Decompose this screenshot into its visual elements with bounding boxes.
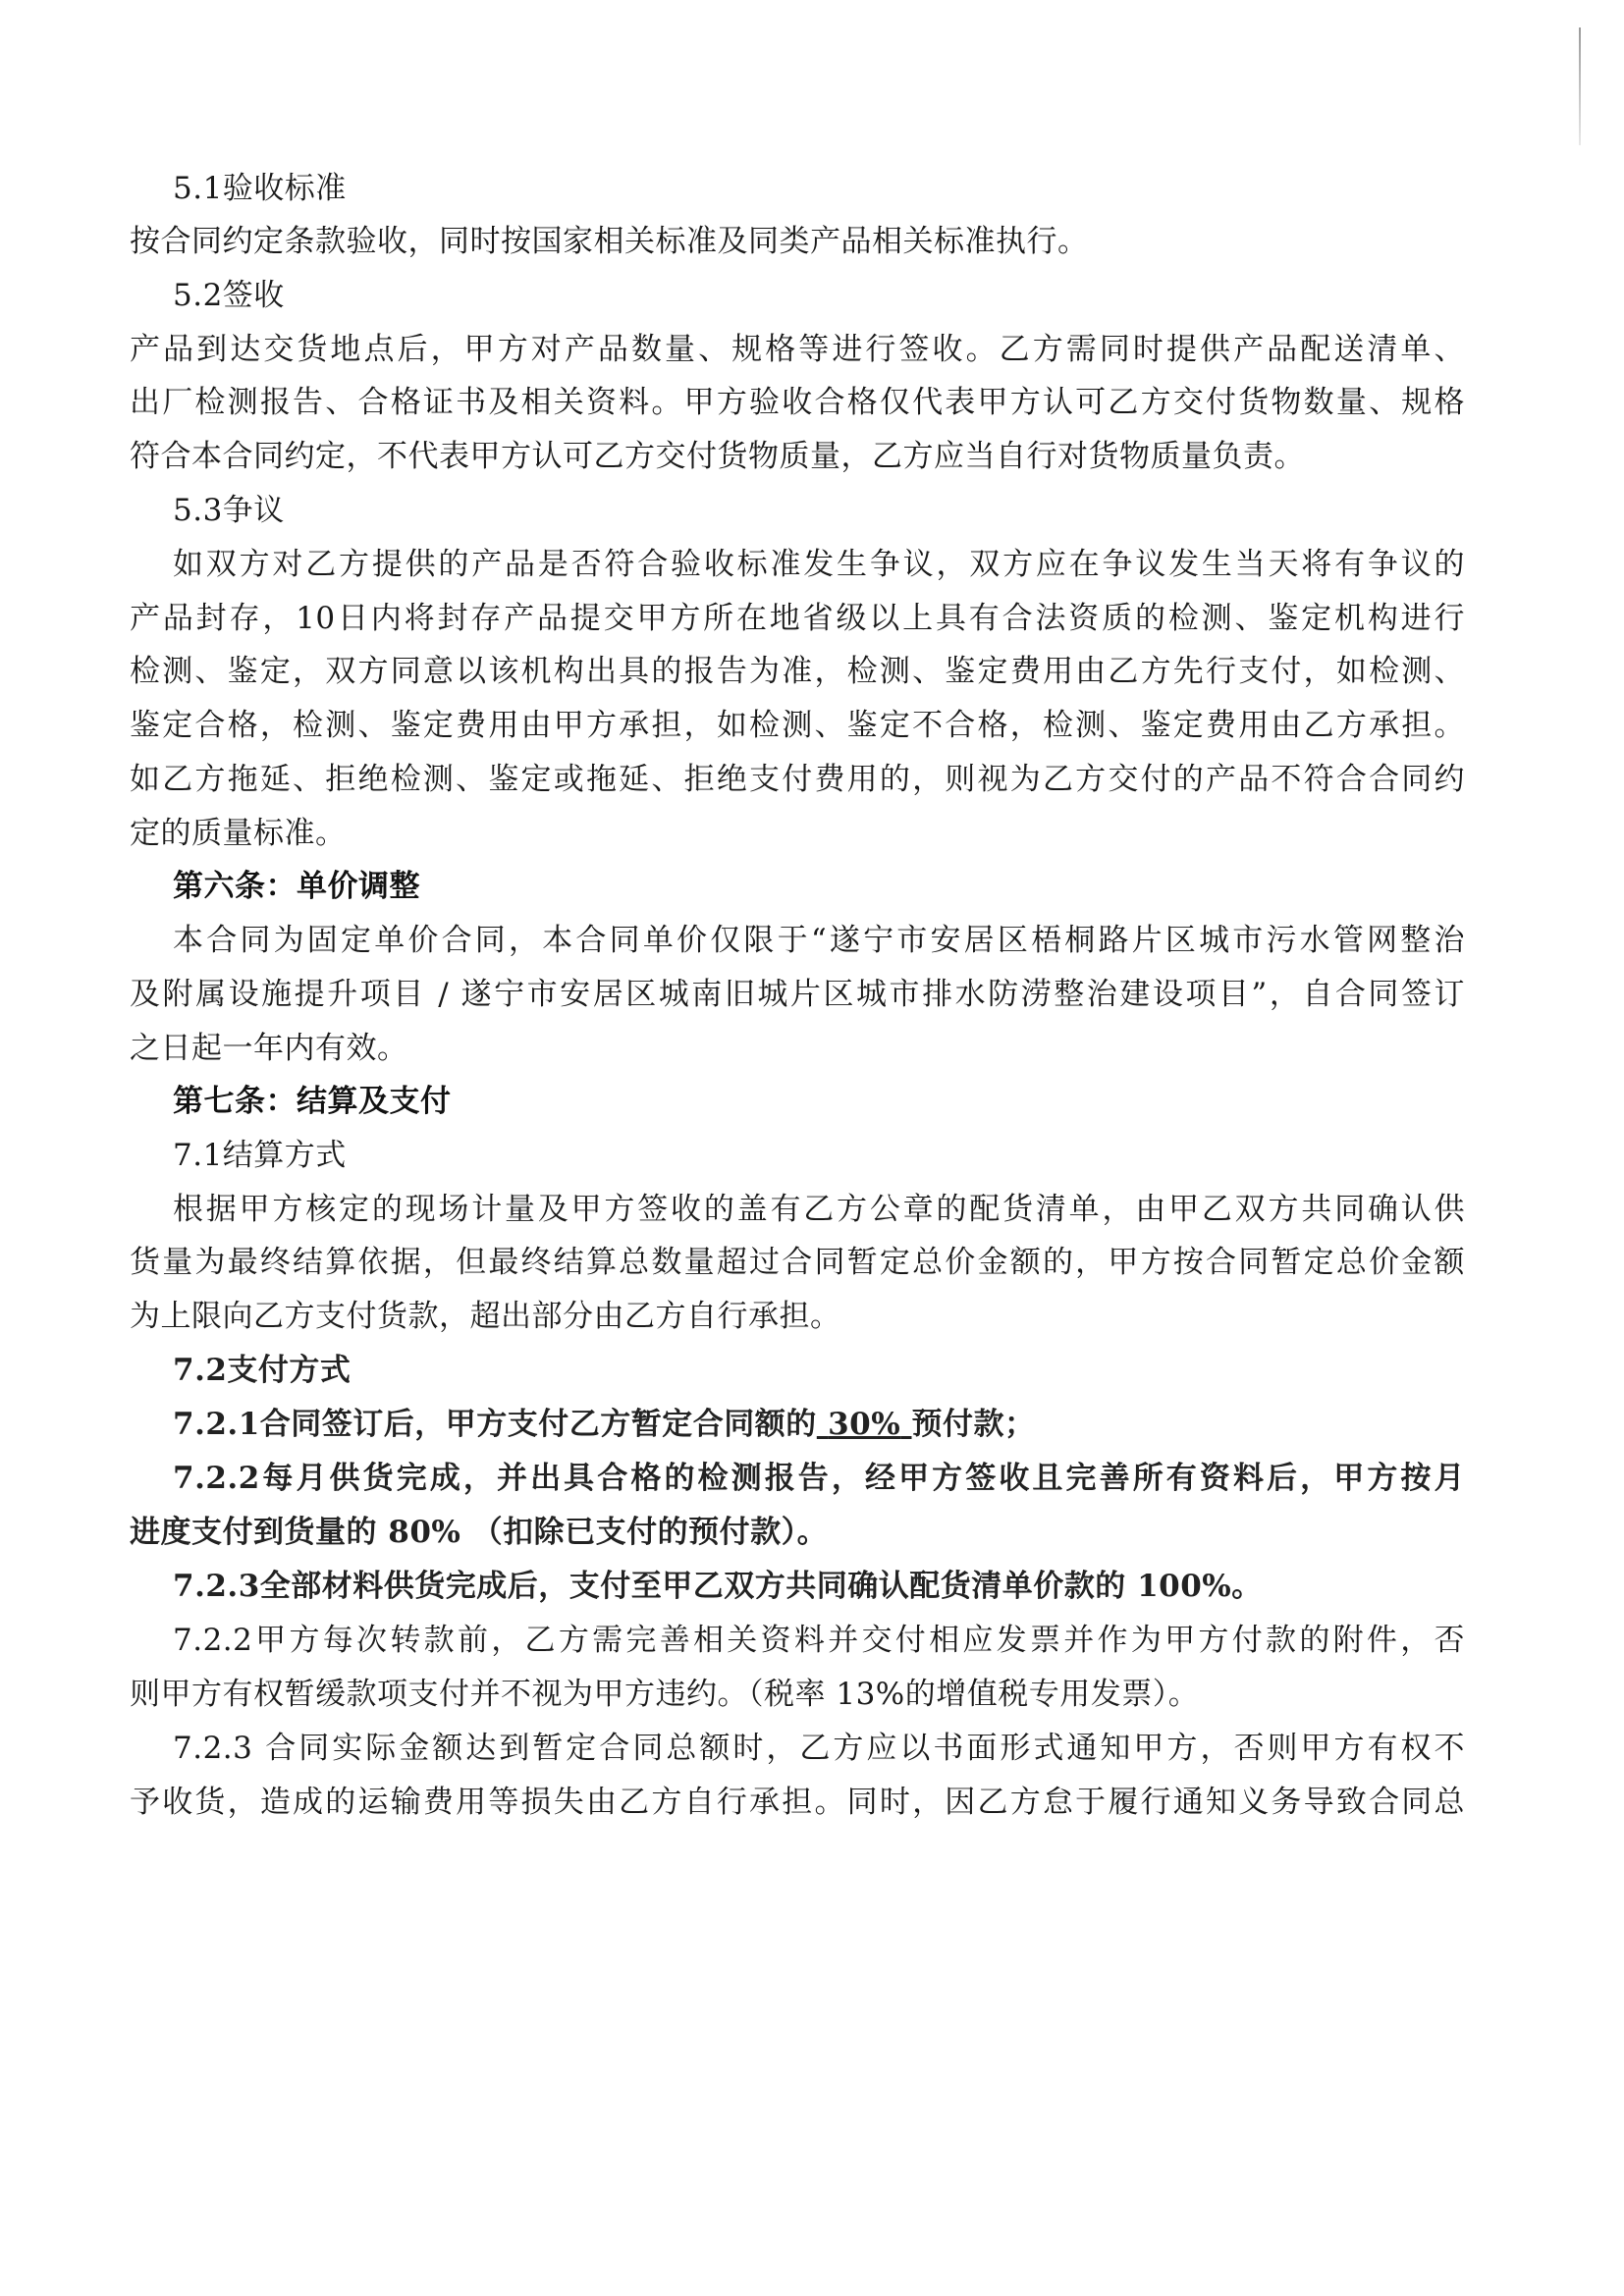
section-5-2-heading: 5.2签收 [173,276,1508,315]
page-edge-line [1579,27,1581,145]
clause-7-2-2a-line-1: 7.2.2每月供货完成，并出具合格的检测报告，经甲方签收且完善所有资料后，甲方按… [173,1459,1465,1498]
section-5-3-text-line-4: 鉴定合格，检测、鉴定费用由甲方承担，如检测、鉴定不合格，检测、鉴定费用由乙方承担… [130,706,1465,745]
section-5-2-text-line-1: 产品到达交货地点后，甲方对产品数量、规格等进行签收。乙方需同时提供产品配送清单、 [130,330,1465,369]
clause-7-2-1-suffix: 预付款； [912,1407,1036,1442]
section-7-2-heading: 7.2支付方式 [173,1351,1508,1390]
clause-7-2-1-prefix: 7.2.1合同签订后，甲方支付乙方暂定合同额的 [173,1407,817,1442]
clause-7-2-1: 7.2.1合同签订后，甲方支付乙方暂定合同额的 30% 预付款； [173,1405,1508,1444]
section-5-2-text-line-3: 符合本合同约定，不代表甲方认可乙方交付货物质量，乙方应当自行对货物质量负责。 [130,437,1465,476]
section-5-3-heading: 5.3争议 [173,491,1508,530]
article-6-text-line-3: 之日起一年内有效。 [130,1029,1465,1068]
article-7-heading: 第七条：结算及支付 [173,1082,1508,1121]
section-5-1-heading: 5.1验收标准 [173,169,1508,208]
clause-7-2-2b-line-1: 7.2.2甲方每次转款前，乙方需完善相关资料并交付相应发票并作为甲方付款的附件，… [173,1621,1465,1660]
section-5-3-text-line-1: 如双方对乙方提供的产品是否符合验收标准发生争议，双方应在争议发生当天将有争议的 [173,545,1465,584]
advance-payment-percent: 30% [817,1407,912,1442]
article-6-text-line-1: 本合同为固定单价合同，本合同单价仅限于“遂宁市安居区梧桐路片区城市污水管网整治 [173,921,1465,960]
section-7-1-text-line-2: 货量为最终结算依据，但最终结算总数量超过合同暂定总价金额的，甲方按合同暂定总价金… [130,1243,1465,1282]
section-5-3-text-line-6: 定的质量标准。 [130,814,1465,853]
section-5-1-text: 按合同约定条款验收，同时按国家相关标准及同类产品相关标准执行。 [130,222,1465,261]
section-7-1-heading: 7.1结算方式 [173,1136,1508,1175]
section-5-3-text-line-5: 如乙方拖延、拒绝检测、鉴定或拖延、拒绝支付费用的，则视为乙方交付的产品不符合合同… [130,760,1465,799]
section-7-1-text-line-1: 根据甲方核定的现场计量及甲方签收的盖有乙方公章的配货清单，由甲乙双方共同确认供 [173,1190,1465,1229]
clause-7-2-3b-line-1: 7.2.3 合同实际金额达到暂定合同总额时，乙方应以书面形式通知甲方，否则甲方有… [173,1729,1465,1768]
section-5-2-text-line-2: 出厂检测报告、合格证书及相关资料。甲方验收合格仅代表甲方认可乙方交付货物数量、规… [130,383,1465,422]
document-page: 5.1验收标准 按合同约定条款验收，同时按国家相关标准及同类产品相关标准执行。 … [0,0,1624,2296]
article-6-text-line-2: 及附属设施提升项目 / 遂宁市安居区城南旧城片区城市排水防涝整治建设项目”，自合… [130,975,1465,1014]
article-6-heading: 第六条：单价调整 [173,867,1508,906]
clause-7-2-3b-line-2: 予收货，造成的运输费用等损失由乙方自行承担。同时，因乙方怠于履行通知义务导致合同… [130,1783,1465,1822]
clause-7-2-3a: 7.2.3全部材料供货完成后，支付至甲乙双方共同确认配货清单价款的 100%。 [173,1567,1508,1606]
section-5-3-text-line-3: 检测、鉴定，双方同意以该机构出具的报告为准，检测、鉴定费用由乙方先行支付，如检测… [130,652,1465,691]
section-7-1-text-line-3: 为上限向乙方支付货款，超出部分由乙方自行承担。 [130,1297,1465,1336]
clause-7-2-2a-line-2: 进度支付到货量的 80% （扣除已支付的预付款）。 [130,1513,1465,1552]
clause-7-2-2b-line-2: 则甲方有权暂缓款项支付并不视为甲方违约。（税率 13%的增值税专用发票）。 [130,1675,1465,1714]
section-5-3-text-line-2: 产品封存，10日内将封存产品提交甲方所在地省级以上具有合法资质的检测、鉴定机构进… [130,599,1465,638]
